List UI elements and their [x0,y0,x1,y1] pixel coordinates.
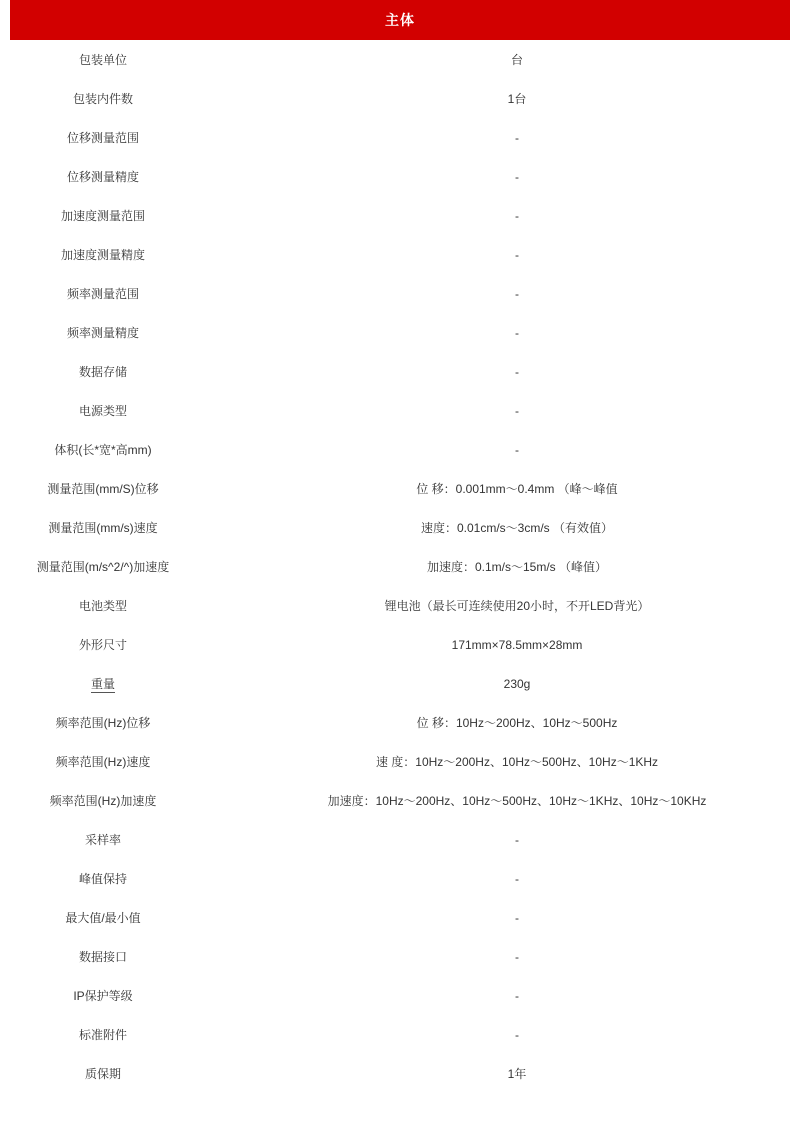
spec-row: 测量范围(m/s^2/^)加速度加速度：0.1m/s～15m/s （峰值） [10,547,790,586]
spec-row: 体积(长*宽*高mm)- [10,430,790,469]
spec-label[interactable]: 重量 [91,677,115,693]
spec-row: 频率范围(Hz)速度速 度：10Hz～200Hz、10Hz～500Hz、10Hz… [10,742,790,781]
spec-label-cell: 位移测量范围 [10,129,196,146]
spec-label-cell: 数据存储 [10,363,196,380]
spec-label: 峰值保持 [79,872,127,886]
spec-value: 1年 [196,1065,790,1082]
spec-label-cell: 体积(长*宽*高mm) [10,441,196,458]
spec-row: 频率范围(Hz)加速度加速度：10Hz～200Hz、10Hz～500Hz、10H… [10,781,790,820]
spec-label-cell: 测量范围(mm/s)速度 [10,519,196,536]
spec-label: 频率范围(Hz)速度 [56,755,151,769]
spec-value: - [196,209,790,223]
spec-row: 电源类型- [10,391,790,430]
spec-row: 位移测量精度- [10,157,790,196]
spec-row: 电池类型锂电池（最长可连续使用20小时，不开LED背光） [10,586,790,625]
spec-row: 包装内件数1台 [10,79,790,118]
spec-label: 位移测量精度 [67,170,139,184]
spec-label-cell: 标准附件 [10,1026,196,1043]
spec-row: 采样率- [10,820,790,859]
section-header: 主体 [10,0,790,40]
spec-label-cell: 加速度测量精度 [10,246,196,263]
spec-value: 速度：0.01cm/s～3cm/s （有效值） [196,519,790,536]
spec-row: 位移测量范围- [10,118,790,157]
spec-label: 最大值/最小值 [65,911,140,925]
spec-value: - [196,170,790,184]
spec-value: - [196,131,790,145]
spec-value: - [196,833,790,847]
spec-row: 数据接口- [10,937,790,976]
spec-label: 外形尺寸 [79,638,127,652]
spec-label-cell: 频率测量范围 [10,285,196,302]
spec-row: 包装单位台 [10,40,790,79]
spec-label-cell: 重量 [10,675,196,692]
spec-label-cell: 质保期 [10,1065,196,1082]
spec-value: 锂电池（最长可连续使用20小时，不开LED背光） [196,597,790,614]
spec-value: 加速度：0.1m/s～15m/s （峰值） [196,558,790,575]
spec-label: 位移测量范围 [67,131,139,145]
spec-label: 加速度测量精度 [61,248,145,262]
spec-row: 频率范围(Hz)位移位 移：10Hz～200Hz、10Hz～500Hz [10,703,790,742]
spec-row: 数据存储- [10,352,790,391]
spec-value: - [196,872,790,886]
spec-label: 采样率 [85,833,121,847]
spec-label-cell: 包装内件数 [10,90,196,107]
spec-label: 标准附件 [79,1028,127,1042]
spec-value: 速 度：10Hz～200Hz、10Hz～500Hz、10Hz～1KHz [196,753,790,770]
spec-value: 加速度：10Hz～200Hz、10Hz～500Hz、10Hz～1KHz、10Hz… [196,792,790,809]
spec-label-cell: 电源类型 [10,402,196,419]
product-spec-page: 主体 包装单位台包装内件数1台位移测量范围-位移测量精度-加速度测量范围-加速度… [0,0,800,1129]
spec-label-cell: 位移测量精度 [10,168,196,185]
spec-row: 测量范围(mm/S)位移位 移：0.001mm～0.4mm （峰～峰值 [10,469,790,508]
spec-label-cell: 频率范围(Hz)速度 [10,753,196,770]
spec-value: - [196,911,790,925]
spec-label-cell: 电池类型 [10,597,196,614]
spec-label-cell: 最大值/最小值 [10,909,196,926]
spec-row: 频率测量范围- [10,274,790,313]
spec-row: 外形尺寸171mm×78.5mm×28mm [10,625,790,664]
spec-label-cell: 外形尺寸 [10,636,196,653]
spec-value: - [196,950,790,964]
spec-label: 频率测量范围 [67,287,139,301]
spec-row: 测量范围(mm/s)速度速度：0.01cm/s～3cm/s （有效值） [10,508,790,547]
spec-value: - [196,989,790,1003]
spec-label: 质保期 [85,1067,121,1081]
spec-value: 1台 [196,90,790,107]
spec-value: - [196,248,790,262]
spec-label: 电源类型 [79,404,127,418]
spec-label: IP保护等级 [73,989,132,1003]
spec-row: 加速度测量精度- [10,235,790,274]
spec-value: 位 移：10Hz～200Hz、10Hz～500Hz [196,714,790,731]
spec-label: 数据存储 [79,365,127,379]
spec-label-cell: 频率测量精度 [10,324,196,341]
spec-value: - [196,326,790,340]
spec-label: 频率测量精度 [67,326,139,340]
spec-value: - [196,443,790,457]
spec-value: 230g [196,677,790,691]
spec-value: 位 移：0.001mm～0.4mm （峰～峰值 [196,480,790,497]
spec-label: 体积(长*宽*高mm) [54,443,151,457]
spec-label-cell: 频率范围(Hz)加速度 [10,792,196,809]
spec-label: 加速度测量范围 [61,209,145,223]
spec-row: 频率测量精度- [10,313,790,352]
spec-label: 频率范围(Hz)加速度 [50,794,157,808]
spec-label-cell: 测量范围(m/s^2/^)加速度 [10,558,196,575]
spec-label-cell: 包装单位 [10,51,196,68]
spec-value: 台 [196,51,790,68]
spec-value: - [196,365,790,379]
spec-label-cell: 测量范围(mm/S)位移 [10,480,196,497]
spec-label-cell: IP保护等级 [10,987,196,1004]
spec-label: 包装单位 [79,53,127,67]
spec-table: 包装单位台包装内件数1台位移测量范围-位移测量精度-加速度测量范围-加速度测量精… [10,40,790,1093]
spec-label-cell: 频率范围(Hz)位移 [10,714,196,731]
spec-row: 峰值保持- [10,859,790,898]
spec-value: 171mm×78.5mm×28mm [196,638,790,652]
spec-label: 数据接口 [79,950,127,964]
spec-row: 标准附件- [10,1015,790,1054]
spec-label-cell: 峰值保持 [10,870,196,887]
spec-label-cell: 数据接口 [10,948,196,965]
spec-label-cell: 采样率 [10,831,196,848]
spec-row: 最大值/最小值- [10,898,790,937]
spec-label: 测量范围(m/s^2/^)加速度 [37,560,170,574]
spec-row: 质保期1年 [10,1054,790,1093]
spec-label: 包装内件数 [73,92,133,106]
spec-row: IP保护等级- [10,976,790,1015]
spec-label: 电池类型 [79,599,127,613]
spec-value: - [196,404,790,418]
spec-value: - [196,287,790,301]
spec-row: 加速度测量范围- [10,196,790,235]
spec-label: 测量范围(mm/s)速度 [48,521,157,535]
spec-label-cell: 加速度测量范围 [10,207,196,224]
spec-label: 测量范围(mm/S)位移 [47,482,158,496]
spec-label: 频率范围(Hz)位移 [56,716,151,730]
spec-row: 重量230g [10,664,790,703]
section-title: 主体 [385,10,415,30]
spec-value: - [196,1028,790,1042]
